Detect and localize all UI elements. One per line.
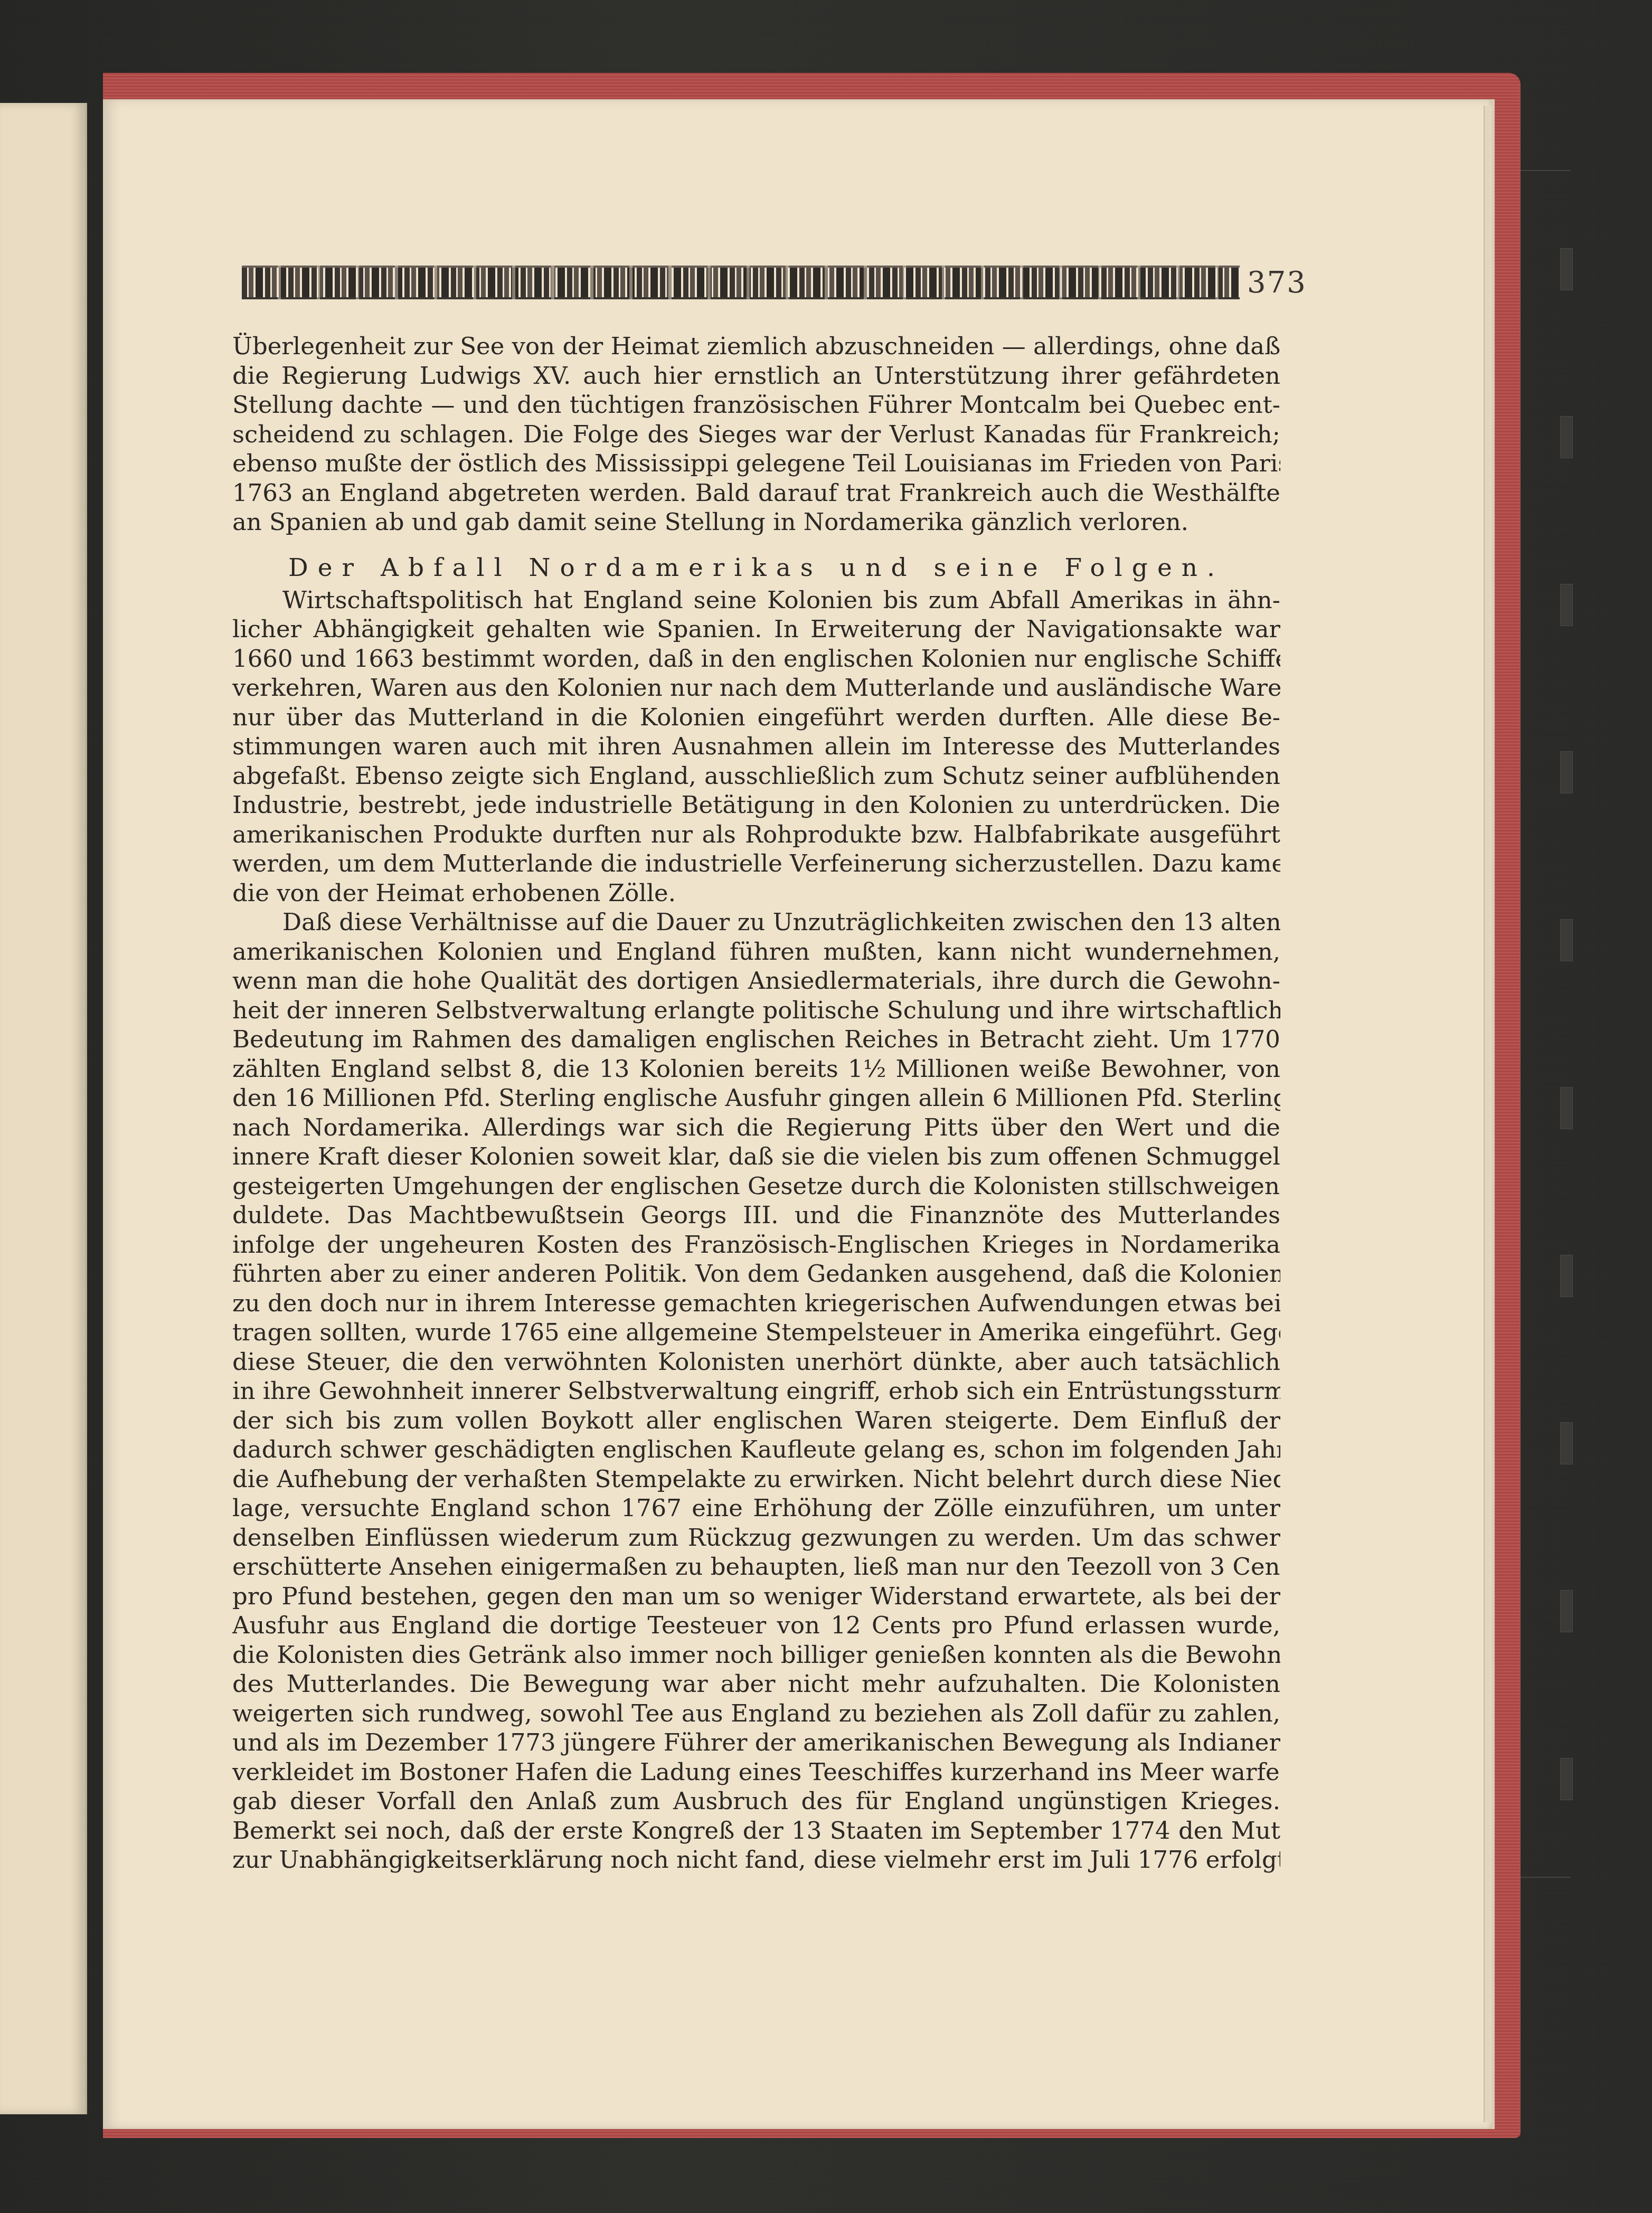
text-line: lage, versuchte England schon 1767 eine … [232, 1493, 1280, 1523]
text-line: ebenso mußte der östlich des Mississippi… [232, 449, 1280, 478]
scale-mark [1560, 919, 1573, 961]
text-line: und als im Dezember 1773 jüngere Führer … [232, 1728, 1280, 1757]
scale-line-bottom [1521, 1877, 1571, 1878]
text-line: zur Unabhängigkeitserklärung noch nicht … [232, 1845, 1280, 1875]
text-line: wenn man die hohe Qualität des dortigen … [232, 966, 1280, 996]
text-line: amerikanischen Kolonien und England führ… [232, 937, 1280, 967]
scale-mark [1560, 1758, 1573, 1800]
text-line: tragen sollten, wurde 1765 eine allgemei… [232, 1318, 1280, 1347]
scale-mark [1560, 1087, 1573, 1129]
text-line: Bedeutung im Rahmen des damaligen englis… [232, 1025, 1280, 1054]
text-line: infolge der ungeheuren Kosten des Franzö… [232, 1230, 1280, 1260]
scale-mark [1560, 416, 1573, 458]
body-text: Überlegenheit zur See von der Heimat zie… [232, 332, 1280, 1875]
text-line: heit der inneren Selbstverwaltung erlang… [232, 996, 1280, 1025]
color-scale-marks [1560, 248, 1576, 1800]
scale-mark [1560, 1255, 1573, 1297]
text-line: nur über das Mutterland in die Kolonien … [232, 703, 1280, 732]
text-line: Ausfuhr aus England die dortige Teesteue… [232, 1611, 1280, 1640]
text-line: verkleidet im Bostoner Hafen die Ladung … [232, 1757, 1280, 1787]
text-line: zu den doch nur in ihrem Interesse gemac… [232, 1289, 1280, 1318]
paragraph-1: Wirtschaftspolitisch hat England seine K… [232, 585, 1280, 908]
text-line: gesteigerten Umgehungen der englischen G… [232, 1171, 1280, 1201]
page-number: 373 [1247, 266, 1307, 300]
text-line: den 16 Millionen Pfd. Sterling englische… [232, 1083, 1280, 1113]
section-heading: Der Abfall Nordamerikas und seine Folgen… [232, 551, 1280, 585]
text-line: diese Steuer, die den verwöhnten Kolonis… [232, 1347, 1280, 1377]
text-line: gab dieser Vorfall den Anlaß zum Ausbruc… [232, 1786, 1280, 1816]
text-line: nach Nordamerika. Allerdings war sich di… [232, 1113, 1280, 1142]
scale-line-top [1521, 170, 1571, 171]
page-block-edge [1484, 106, 1492, 2122]
text-line: die Aufhebung der verhaßten Stempelakte … [232, 1464, 1280, 1494]
text-line: Stellung dachte — und den tüchtigen fran… [232, 390, 1280, 420]
text-line: dadurch schwer geschädigten englischen K… [232, 1435, 1280, 1464]
text-line: duldete. Das Machtbewußtsein Georgs III.… [232, 1200, 1280, 1230]
text-line: verkehren, Waren aus den Kolonien nur na… [232, 673, 1280, 703]
scale-mark [1560, 1422, 1573, 1464]
text-line: werden, um dem Mutterlande die industrie… [232, 849, 1280, 878]
text-line: pro Pfund bestehen, gegen den man um so … [232, 1582, 1280, 1611]
paragraph-2: Daß diese Verhältnisse auf die Dauer zu … [232, 907, 1280, 1875]
scale-mark [1560, 1590, 1573, 1632]
text-line: an Spanien ab und gab damit seine Stellu… [232, 507, 1280, 537]
text-line: 1763 an England abgetreten werden. Bald … [232, 478, 1280, 508]
text-line: die Regierung Ludwigs XV. auch hier erns… [232, 361, 1280, 391]
text-line: Wirtschaftspolitisch hat England seine K… [232, 585, 1280, 615]
text-line: die von der Heimat erhobenen Zölle. [232, 878, 1280, 908]
text-line: licher Abhängigkeit gehalten wie Spanien… [232, 614, 1280, 644]
scale-mark [1560, 751, 1573, 793]
intro-paragraph: Überlegenheit zur See von der Heimat zie… [232, 332, 1280, 537]
text-line: Daß diese Verhältnisse auf die Dauer zu … [232, 907, 1280, 937]
text-line: der sich bis zum vollen Boykott aller en… [232, 1406, 1280, 1435]
text-line: Überlegenheit zur See von der Heimat zie… [232, 332, 1280, 361]
text-line: denselben Einflüssen wiederum zum Rückzu… [232, 1523, 1280, 1553]
text-line: in ihre Gewohnheit innerer Selbstverwalt… [232, 1376, 1280, 1406]
text-line: Industrie, bestrebt, jede industrielle B… [232, 790, 1280, 820]
text-line: innere Kraft dieser Kolonien soweit klar… [232, 1142, 1280, 1171]
text-line: stimmungen waren auch mit ihren Ausnahme… [232, 732, 1280, 761]
text-line: 1660 und 1663 bestimmt worden, daß in de… [232, 644, 1280, 674]
text-line: amerikanischen Produkte durften nur als … [232, 820, 1280, 849]
text-line: erschütterte Ansehen einigermaßen zu beh… [232, 1552, 1280, 1582]
text-line: scheidend zu schlagen. Die Folge des Sie… [232, 420, 1280, 449]
scale-mark [1560, 584, 1573, 626]
text-line: weigerten sich rundweg, sowohl Tee aus E… [232, 1699, 1280, 1728]
text-line: abgefaßt. Ebenso zeigte sich England, au… [232, 761, 1280, 791]
text-line: zählten England selbst 8, die 13 Kolonie… [232, 1054, 1280, 1084]
text-line: führten aber zu einer anderen Politik. V… [232, 1259, 1280, 1289]
text-line: des Mutterlandes. Die Bewegung war aber … [232, 1669, 1280, 1699]
text-line: die Kolonisten dies Getränk also immer n… [232, 1640, 1280, 1670]
running-header: 373 [242, 264, 1298, 301]
scale-mark [1560, 248, 1573, 290]
facing-page-edge [0, 103, 87, 2114]
ornament-border-icon [242, 266, 1240, 299]
text-line: Bemerkt sei noch, daß der erste Kongreß … [232, 1816, 1280, 1846]
